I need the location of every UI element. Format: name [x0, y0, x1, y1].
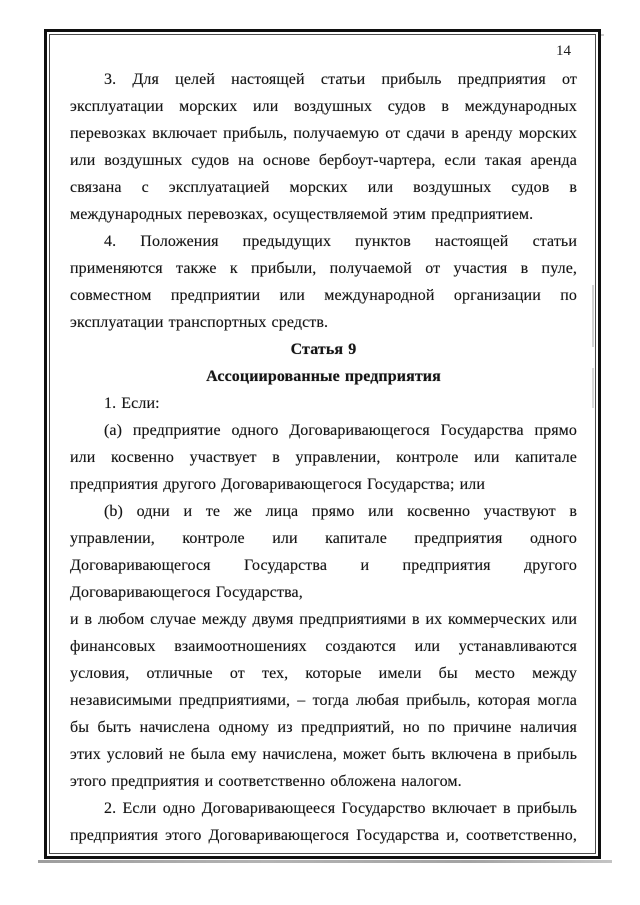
- clause-1-continuation: и в любом случае между двумя предприятия…: [70, 606, 577, 795]
- article-heading: Статья 9: [70, 336, 577, 363]
- scan-edge-artifact-bottom: [38, 860, 612, 863]
- page-frame: 14 3. Для целей настоящей статьи прибыль…: [44, 29, 601, 859]
- paragraph-3: 3. Для целей настоящей статьи прибыль пр…: [70, 66, 577, 228]
- page-inner-border: 14 3. Для целей настоящей статьи прибыль…: [49, 34, 596, 854]
- clause-1-intro: 1. Если:: [70, 390, 577, 417]
- clause-1a: (a) предприятие одного Договаривающегося…: [70, 417, 577, 498]
- page-number: 14: [70, 41, 577, 61]
- article-title: Ассоциированные предприятия: [70, 363, 577, 390]
- paragraph-4: 4. Положения предыдущих пунктов настояще…: [70, 228, 577, 336]
- scanned-document-page: { "ink_color": "#151515", "frame_color":…: [0, 0, 640, 905]
- document-body: 3. Для целей настоящей статьи прибыль пр…: [70, 66, 577, 854]
- paragraph-2: 2. Если одно Договаривающееся Государств…: [70, 795, 577, 854]
- clause-1b: (b) одни и те же лица прямо или косвенно…: [70, 498, 577, 606]
